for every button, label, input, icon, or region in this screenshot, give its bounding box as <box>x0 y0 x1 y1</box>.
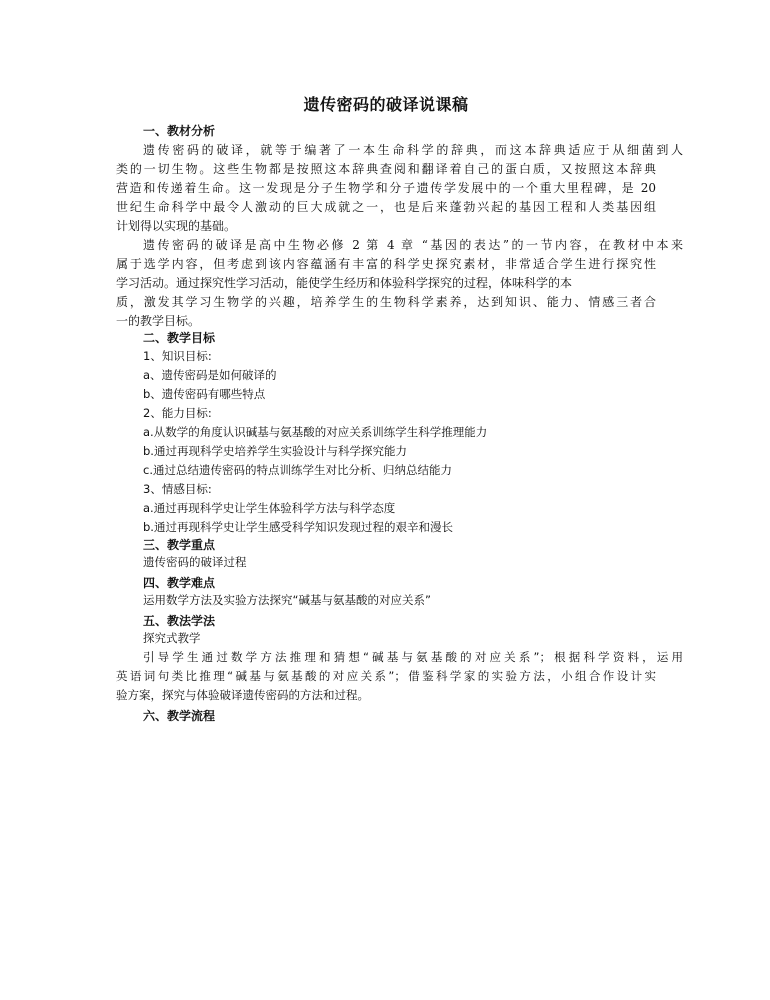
objective-item: a.通过再现科学史让学生体验科学方法与科学态度 <box>116 499 683 518</box>
difficulty-item: 运用数学方法及实验方法探究“碱基与氨基酸的对应关系” <box>116 591 683 610</box>
section-heading-2: 二、教学目标 <box>116 329 683 348</box>
paragraph-line: 属于选学内容，但考虑到该内容蕴涵有丰富的科学史探究素材，非常适合学生进行探究性 <box>116 255 656 274</box>
objective-item: a.从数学的角度认识碱基与氨基酸的对应关系训练学生科学推理能力 <box>116 423 683 442</box>
objective-item: b.通过再现科学史培养学生实验设计与科学探究能力 <box>116 442 683 461</box>
section-heading-1: 一、教材分析 <box>116 122 683 141</box>
paragraph-line: 世纪生命科学中最令人激动的巨大成就之一，也是后来蓬勃兴起的基因工程和人类基因组 <box>116 198 656 217</box>
objective-item: 3、情感目标: <box>116 480 683 499</box>
paragraph-line: 学习活动。通过探究性学习活动，能使学生经历和体验科学探究的过程，体味科学的本 <box>116 274 656 293</box>
paragraph-line: 验方案，探究与体验破译遗传密码的方法和过程。 <box>116 686 656 705</box>
objective-item: c.通过总结遗传密码的特点训练学生对比分析、归纳总结能力 <box>116 461 683 480</box>
objective-item: a、遗传密码是如何破译的 <box>116 366 683 385</box>
paragraph-line: 计划得以实现的基础。 <box>116 217 656 236</box>
key-point-item: 遗传密码的破译过程 <box>116 553 683 572</box>
objective-item: 1、知识目标: <box>116 347 683 366</box>
paragraph-line: 引导学生通过数学方法推理和猜想“碱基与氨基酸的对应关系”；根据科学资料，运用 <box>116 648 683 667</box>
objective-item: b、遗传密码有哪些特点 <box>116 385 683 404</box>
document-title: 遗传密码的破译说课稿 <box>116 92 656 115</box>
objective-item: b.通过再现科学史让学生感受科学知识发现过程的艰辛和漫长 <box>116 518 683 537</box>
paragraph-line: 英语词句类比推理“碱基与氨基酸的对应关系”；借鉴科学家的实验方法，小组合作设计实 <box>116 667 656 686</box>
section-heading-6: 六、教学流程 <box>116 707 683 726</box>
paragraph-line: 遗传密码的破译，就等于编著了一本生命科学的辞典，而这本辞典适应于从细菌到人 <box>116 141 683 160</box>
method-item: 探究式教学 <box>116 629 683 648</box>
objective-item: 2、能力目标: <box>116 404 683 423</box>
paragraph-line: 遗传密码的破译是高中生物必修 2 第 4 章 “基因的表达”的一节内容，在教材中… <box>116 236 683 255</box>
paragraph-line: 类的一切生物。这些生物都是按照这本辞典查阅和翻译着自己的蛋白质，又按照这本辞典 <box>116 160 656 179</box>
paragraph-line: 质，激发其学习生物学的兴趣，培养学生的生物科学素养，达到知识、能力、情感三者合 <box>116 293 656 312</box>
paragraph-line: 营造和传递着生命。这一发现是分子生物学和分子遗传学发展中的一个重大里程碑，是 2… <box>116 179 656 198</box>
